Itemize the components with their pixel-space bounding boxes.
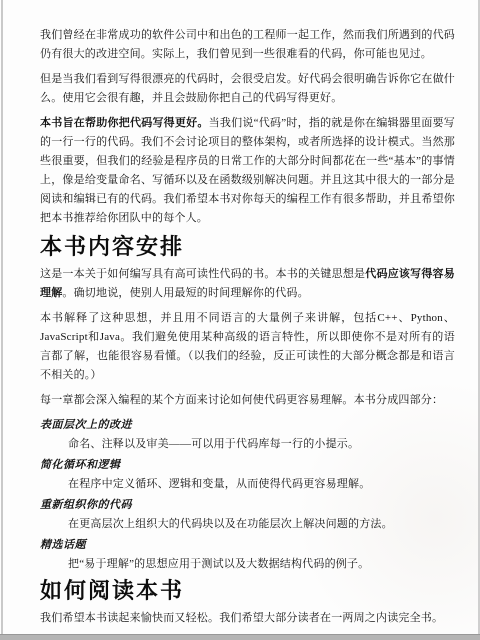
arrangement-paragraph-2: 本书解释了这种思想，并且用不同语言的大量例子来讲解，包括C++、Python、J… bbox=[40, 309, 455, 385]
intro-paragraph-3-rest: 当我们说“代码”时，指的就是你在编辑器里面要写的一行一行的代码。我们不会讨论项目… bbox=[40, 117, 455, 224]
part-desc-surface-improvements: 命名、注释以及审美——可以用于代码库每一行的小提示。 bbox=[68, 435, 455, 454]
section-title-book-arrangement: 本书内容安排 bbox=[40, 234, 455, 259]
part-desc-simplify-loops-logic: 在程序中定义循环、逻辑和变量，从而使得代码更容易理解。 bbox=[68, 475, 455, 494]
intro-paragraph-3: 本书旨在帮助你把代码写得更好。当我们说“代码”时，指的就是你在编辑器里面要写的一… bbox=[40, 114, 455, 228]
part-desc-selected-topics: 把“易于理解”的思想应用于测试以及大数据结构代码的例子。 bbox=[68, 555, 455, 574]
part-term-simplify-loops-logic: 简化循环和逻辑 bbox=[40, 456, 455, 475]
intro-paragraph-2: 但是当我们看到写得很漂亮的代码时，会很受启发。好代码会很明确告诉你它在做什么。使… bbox=[40, 70, 455, 108]
intro-paragraph-3-lead-bold: 本书旨在帮助你把代码写得更好。 bbox=[40, 117, 209, 129]
section-title-how-to-read: 如何阅读本书 bbox=[40, 578, 455, 603]
page-content: 我们曾经在非常成功的软件公司中和出色的工程师一起工作，然而我们所遇到的代码仍有很… bbox=[40, 26, 455, 634]
arrangement-paragraph-1-post: 。确切地说，使别人用最短的时间理解你的代码。 bbox=[62, 287, 308, 299]
book-page: 我们曾经在非常成功的软件公司中和出色的工程师一起工作，然而我们所遇到的代码仍有很… bbox=[0, 0, 480, 640]
howto-paragraph-1: 我们希望本书读起来愉快而又轻松。我们希望大部分读者在一两周之内读完全书。 bbox=[40, 609, 455, 628]
part-term-selected-topics: 精选话题 bbox=[40, 536, 455, 555]
arrangement-paragraph-1: 这是一本关于如何编写具有高可读性代码的书。本书的关键思想是代码应该写得容易理解。… bbox=[40, 265, 455, 303]
part-term-surface-improvements: 表面层次上的改进 bbox=[40, 416, 455, 435]
part-term-reorganize-code: 重新组织你的代码 bbox=[40, 496, 455, 515]
part-desc-reorganize-code: 在更高层次上组织大的代码块以及在功能层次上解决问题的方法。 bbox=[68, 515, 455, 534]
intro-paragraph-1: 我们曾经在非常成功的软件公司中和出色的工程师一起工作，然而我们所遇到的代码仍有很… bbox=[40, 26, 455, 64]
scan-edge-left bbox=[1, 0, 3, 635]
arrangement-paragraph-1-pre: 这是一本关于如何编写具有高可读性代码的书。本书的关键思想是 bbox=[40, 268, 365, 280]
arrangement-paragraph-3: 每一章都会深入编程的某个方面来讨论如何使代码更容易理解。本书分成四部分： bbox=[40, 391, 455, 410]
book-parts-list: 表面层次上的改进 命名、注释以及审美——可以用于代码库每一行的小提示。 简化循环… bbox=[40, 416, 455, 574]
scan-edge-bottom bbox=[0, 634, 480, 640]
